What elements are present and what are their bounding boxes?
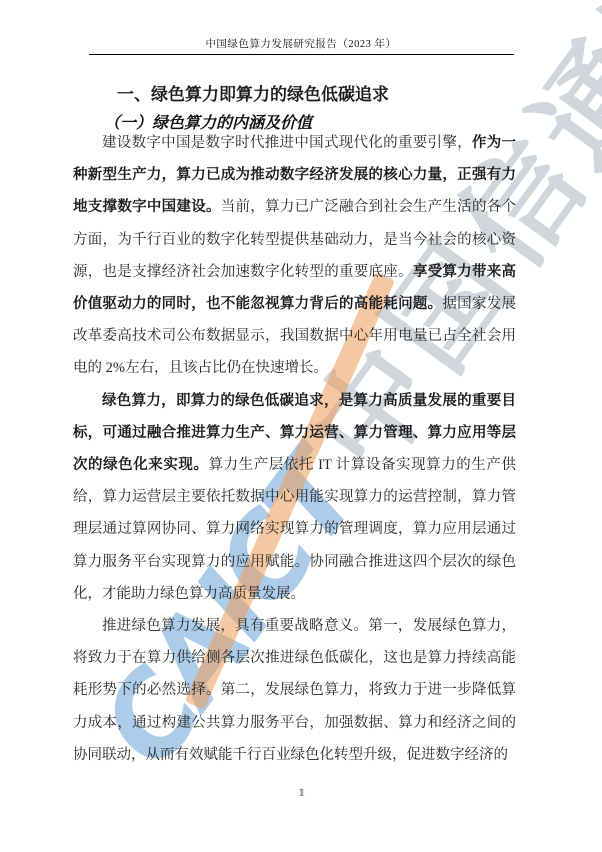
header-divider-line bbox=[89, 54, 514, 55]
text-run: 算力生产层依托 IT 计算设备实现算力的生产供给，算力运营层主要依托数据中心用能… bbox=[73, 457, 516, 602]
text-run: 建设数字中国是数字时代推进中国式现代化的重要引擎， bbox=[102, 135, 472, 151]
report-header-title: 中国绿色算力发展研究报告（2023 年） bbox=[0, 36, 602, 51]
paragraph: 绿色算力，即算力的绿色低碳追求，是算力高质量发展的重要目标，可通过融合推进算力生… bbox=[73, 385, 516, 610]
page-number: 1 bbox=[0, 785, 602, 800]
text-run: 推进绿色算力发展，具有重要战略意义。第一，发展绿色算力，将致力于在算力供给侧各层… bbox=[73, 618, 516, 763]
paragraph: 建设数字中国是数字时代推进中国式现代化的重要引擎，作为一种新型生产力，算力已成为… bbox=[73, 127, 516, 385]
section-heading: 一、绿色算力即算力的绿色低碳追求 bbox=[117, 80, 389, 105]
document-page: CAICT中国信通院 中国绿色算力发展研究报告（2023 年） 一、绿色算力即算… bbox=[0, 0, 602, 852]
body-paragraphs: 建设数字中国是数字时代推进中国式现代化的重要引擎，作为一种新型生产力，算力已成为… bbox=[73, 127, 516, 771]
paragraph: 推进绿色算力发展，具有重要战略意义。第一，发展绿色算力，将致力于在算力供给侧各层… bbox=[73, 610, 516, 771]
